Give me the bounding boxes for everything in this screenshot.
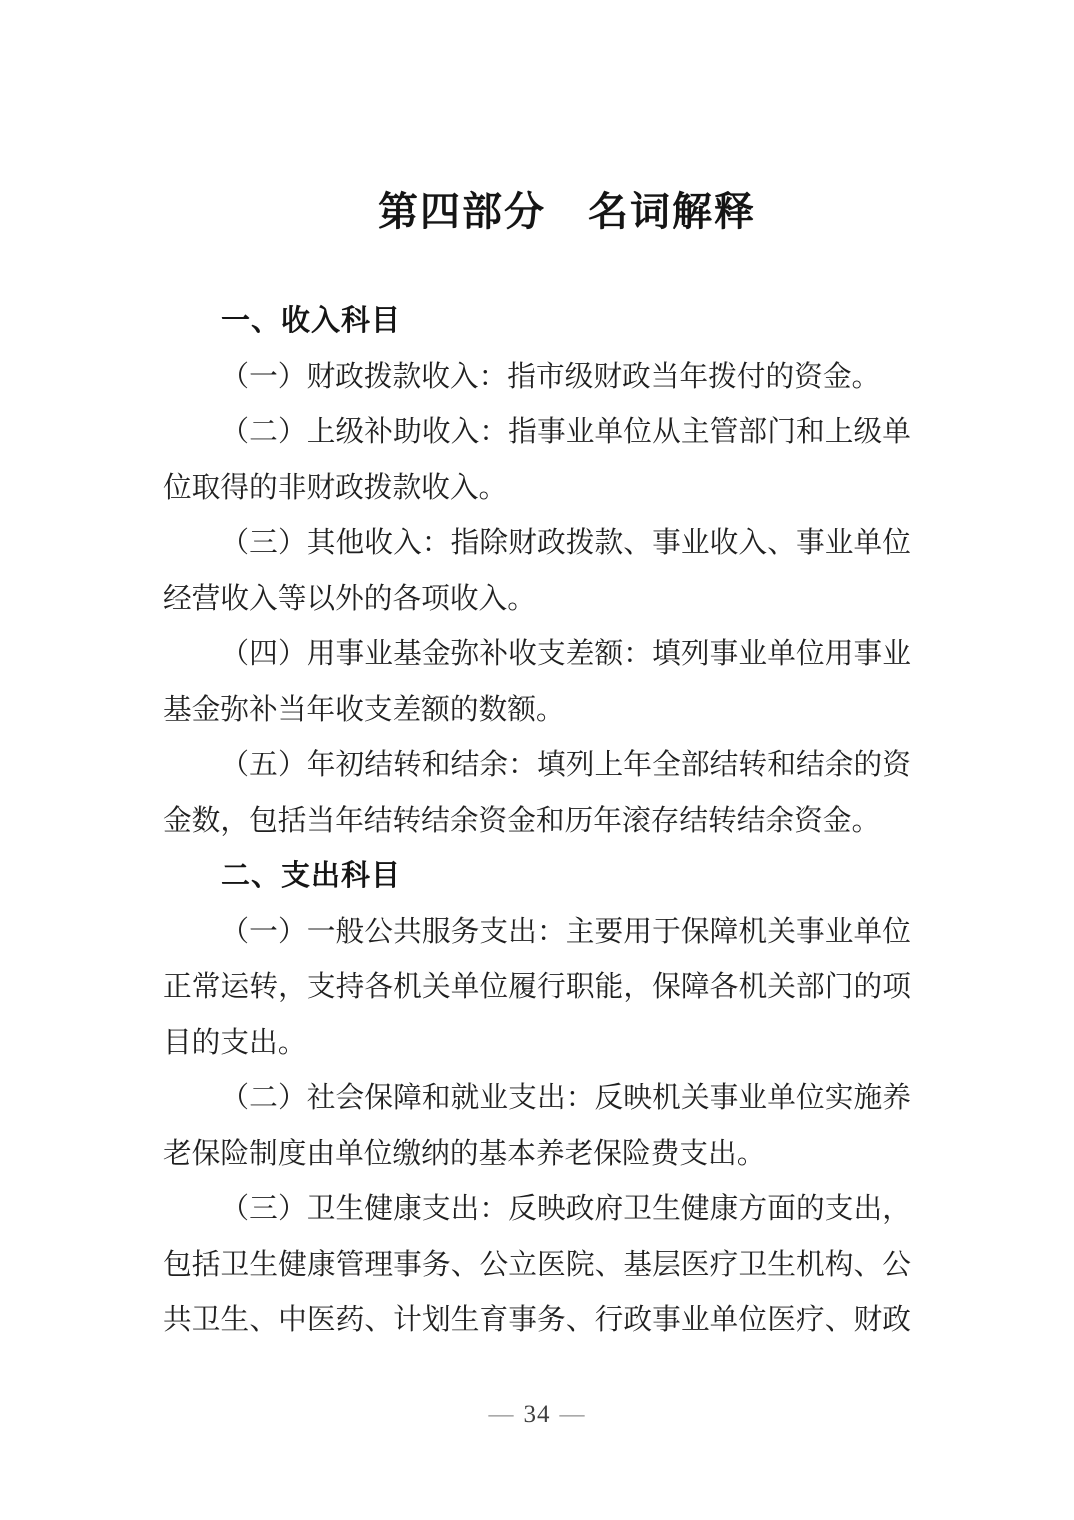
page-number: 34 xyxy=(524,1401,551,1428)
paragraph-line: （三）卫生健康支出：反映政府卫生健康方面的支出， xyxy=(163,1182,911,1238)
paragraph-line: （三）其他收入：指除财政拨款、事业收入、事业单位 xyxy=(163,516,911,572)
paragraph-line: 老保险制度由单位缴纳的基本养老保险费支出。 xyxy=(163,1127,911,1183)
paragraph-line: 经营收入等以外的各项收入。 xyxy=(163,572,911,628)
paragraph-line: （一）一般公共服务支出：主要用于保障机关事业单位 xyxy=(163,905,911,961)
paragraph-line: （五）年初结转和结余：填列上年全部结转和结余的资 xyxy=(163,738,911,794)
paragraph-line: 包括卫生健康管理事务、公立医院、基层医疗卫生机构、公 xyxy=(163,1238,911,1294)
paragraph-line: 位取得的非财政拨款收入。 xyxy=(163,461,911,517)
paragraph-line: （一）财政拨款收入：指市级财政当年拨付的资金。 xyxy=(163,350,911,406)
footer-dash-left: — xyxy=(480,1401,524,1428)
document-title: 第四部分 名词解释 xyxy=(163,184,911,240)
paragraph-line: 金数，包括当年结转结余资金和历年滚存结转结余资金。 xyxy=(163,794,911,850)
paragraph-line: 基金弥补当年收支差额的数额。 xyxy=(163,683,911,739)
paragraph-line: （二）社会保障和就业支出：反映机关事业单位实施养 xyxy=(163,1071,911,1127)
document-body: 第四部分 名词解释 一、收入科目 （一）财政拨款收入：指市级财政当年拨付的资金。… xyxy=(163,184,911,1349)
paragraph-line: 目的支出。 xyxy=(163,1016,911,1072)
page-footer: —34— xyxy=(0,1398,1074,1432)
paragraph-line: 正常运转，支持各机关单位履行职能，保障各机关部门的项 xyxy=(163,960,911,1016)
section-heading-income: 一、收入科目 xyxy=(163,294,911,350)
section-heading-expenditure: 二、支出科目 xyxy=(163,849,911,905)
document-page: 第四部分 名词解释 一、收入科目 （一）财政拨款收入：指市级财政当年拨付的资金。… xyxy=(0,0,1074,1520)
paragraph-line: （二）上级补助收入：指事业单位从主管部门和上级单 xyxy=(163,405,911,461)
paragraph-line: （四）用事业基金弥补收支差额：填列事业单位用事业 xyxy=(163,627,911,683)
paragraph-line: 共卫生、中医药、计划生育事务、行政事业单位医疗、财政 xyxy=(163,1293,911,1349)
footer-dash-right: — xyxy=(551,1401,595,1428)
